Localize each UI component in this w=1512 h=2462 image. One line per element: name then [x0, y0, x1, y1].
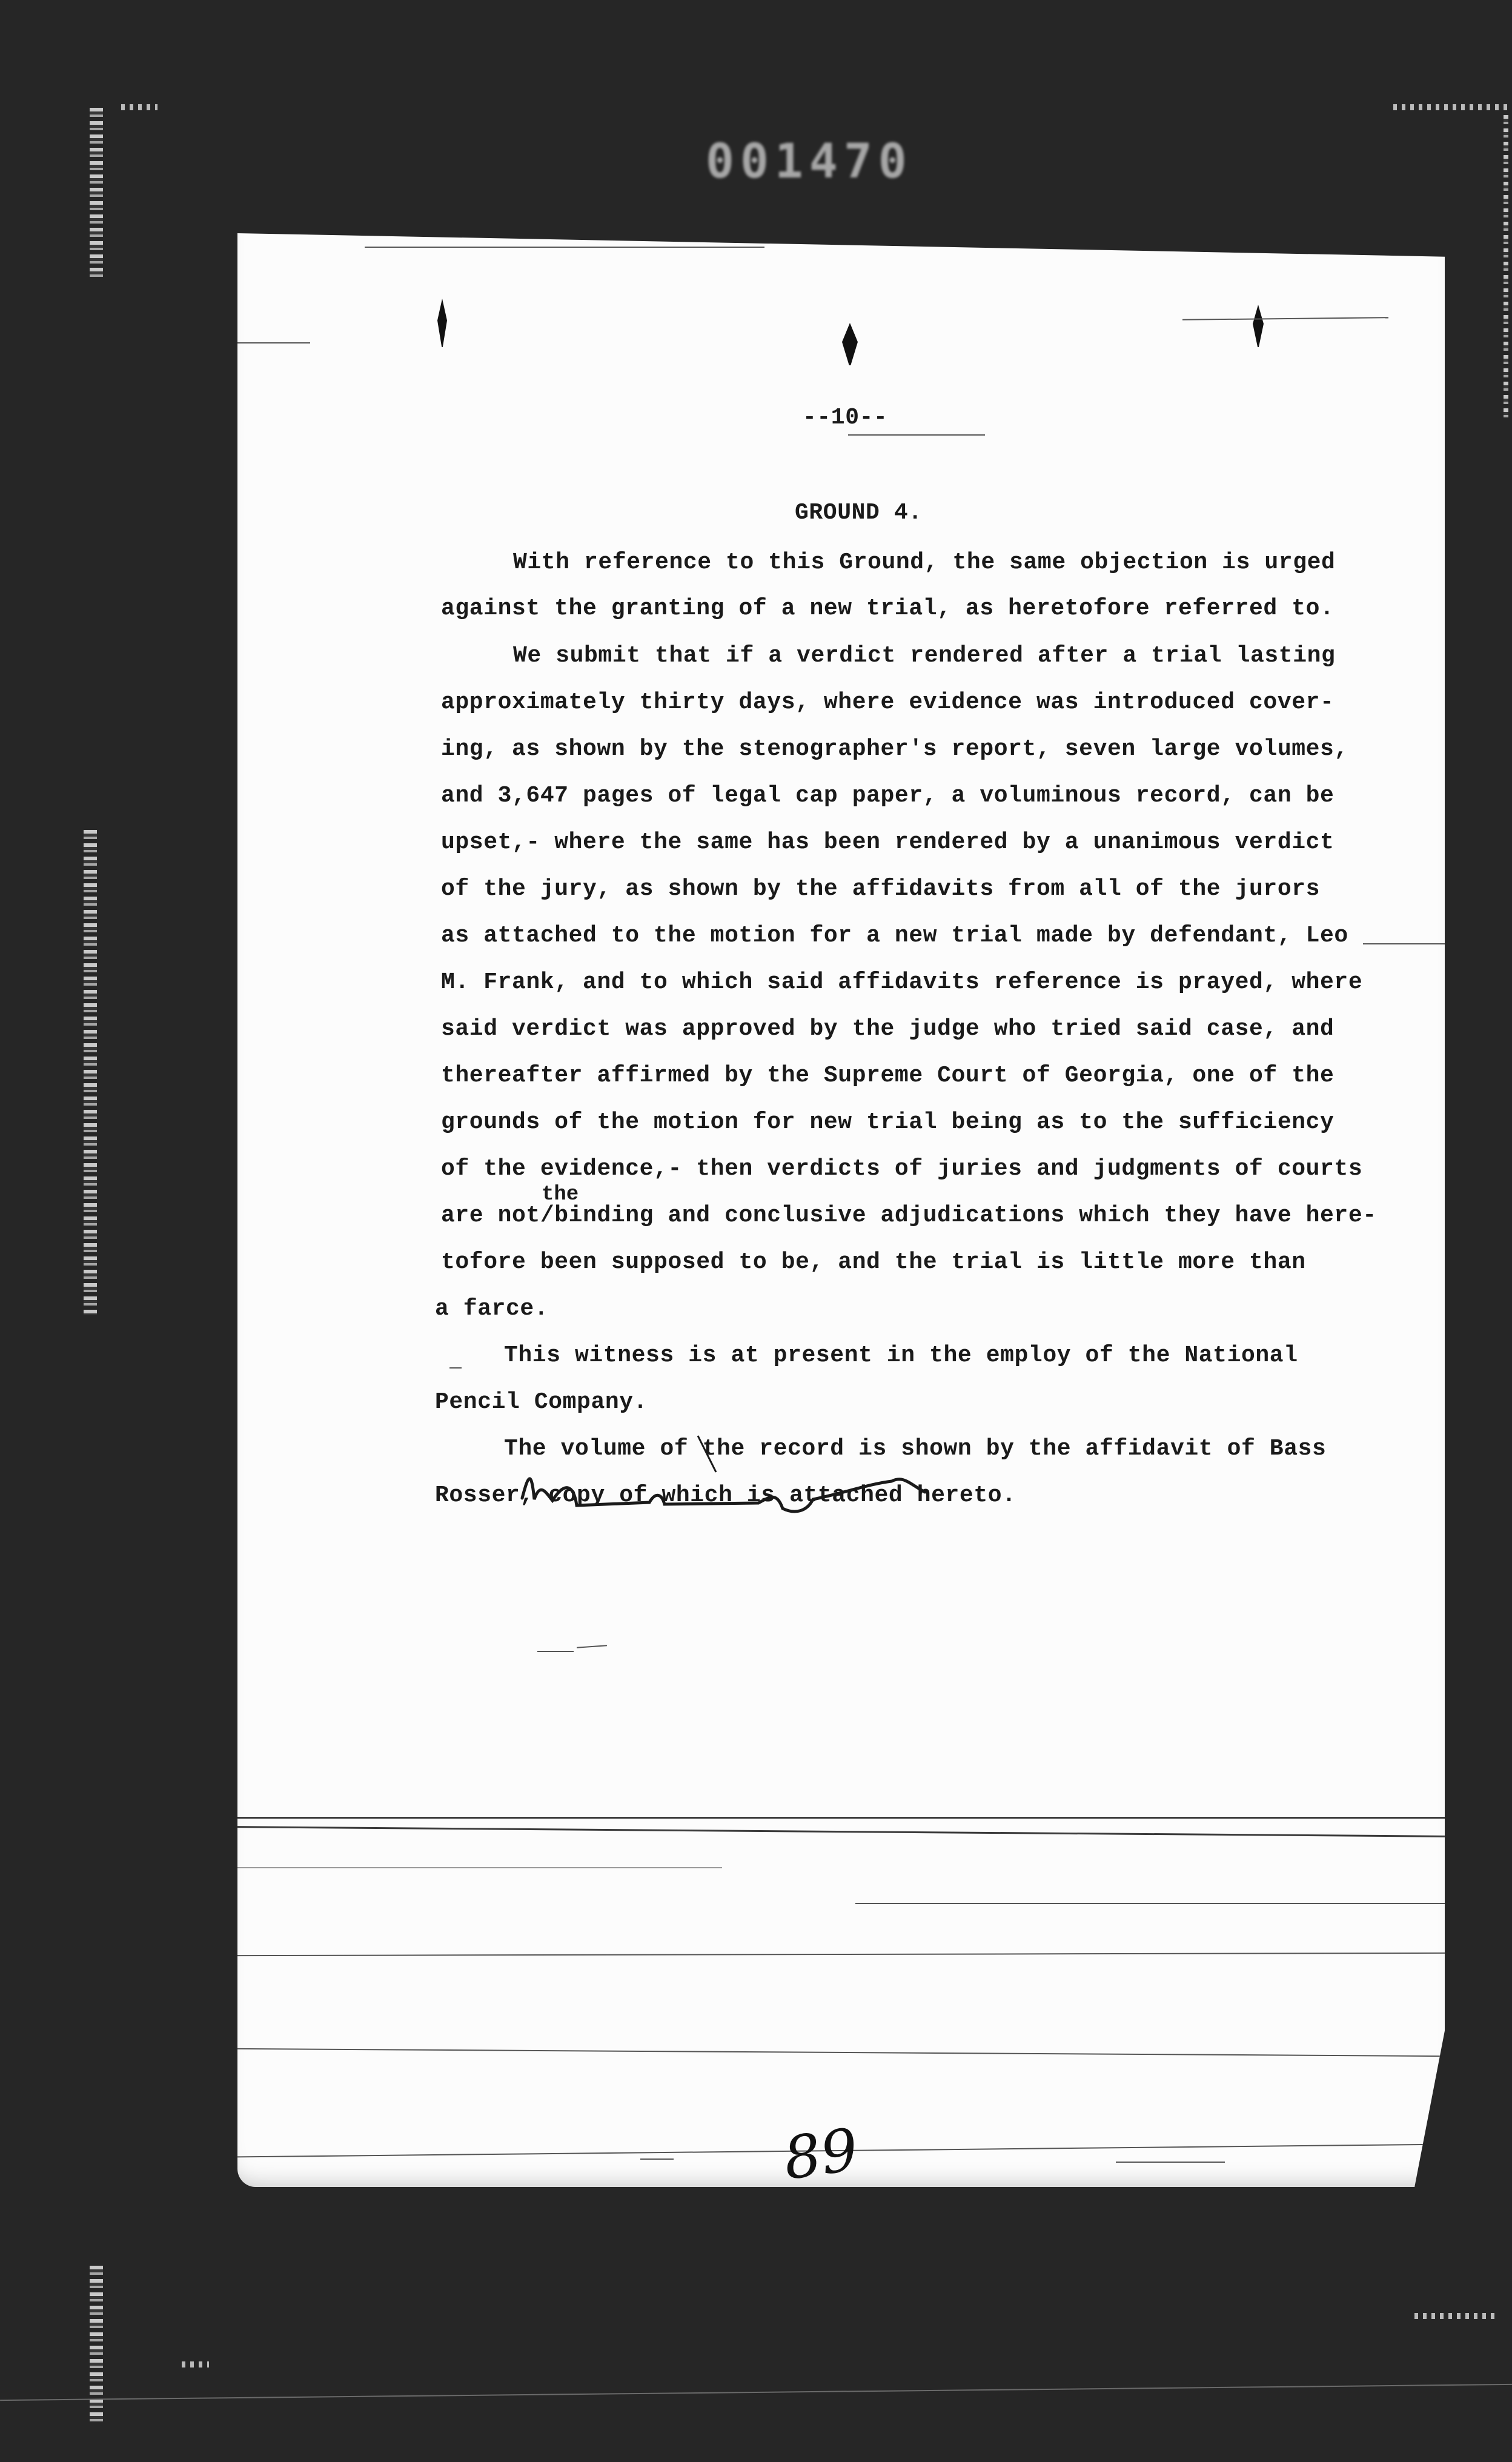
top-edge-rule	[365, 247, 764, 248]
ruled-line-short	[1116, 2162, 1225, 2163]
margin-rule-right-leo	[1363, 943, 1445, 944]
body-line: M. Frank, and to which said affidavits r…	[441, 969, 1362, 995]
top-right-rule	[1182, 317, 1388, 320]
ruled-line	[237, 1817, 1445, 1819]
film-ticks-right	[1393, 104, 1508, 110]
body-line: ing, as shown by the stenographer's repo…	[441, 736, 1348, 762]
film-ticks-bottom-left	[182, 2361, 209, 2367]
ruled-line	[855, 1903, 1445, 1904]
body-line: Pencil Company.	[435, 1389, 648, 1415]
ruled-line-short	[640, 2158, 674, 2160]
body-line: as attached to the motion for a new tria…	[441, 923, 1348, 949]
body-line: of the jury, as shown by the affidavits …	[441, 876, 1320, 902]
ruled-line	[237, 1826, 1445, 1837]
film-scratch-line	[0, 2384, 1512, 2401]
section-heading: GROUND 4.	[795, 500, 923, 526]
top-left-margin-rule	[237, 342, 310, 343]
body-line: With reference to this Ground, the same …	[513, 549, 1335, 576]
body-line: This witness is at present in the employ…	[504, 1342, 1298, 1369]
body-line: and 3,647 pages of legal cap paper, a vo…	[441, 783, 1334, 809]
body-line: said verdict was approved by the judge w…	[441, 1016, 1334, 1042]
ruled-line	[237, 1953, 1445, 1956]
stray-mark	[537, 1651, 574, 1652]
body-line: upset,- where the same has been rendered…	[441, 829, 1334, 855]
body-line: thereafter affirmed by the Supreme Court…	[441, 1063, 1334, 1089]
ruled-line-faint	[237, 1867, 722, 1868]
body-line: The volume of the record is shown by the…	[504, 1436, 1326, 1462]
film-edge-strip-left-top	[90, 108, 103, 277]
film-ticks-bottom-right	[1414, 2313, 1499, 2319]
body-line: tofore been supposed to be, and the tria…	[441, 1249, 1306, 1275]
document-page: --10-- GROUND 4. With reference to this …	[237, 233, 1445, 2187]
microfilm-frame-number: 001470	[706, 134, 913, 189]
punch-mark-left	[437, 299, 447, 347]
film-edge-strip-left-mid	[84, 830, 97, 1315]
punch-mark-center	[842, 323, 858, 365]
body-line-with-strikethrough: Rosser, copy of which is attached hereto…	[435, 1482, 1016, 1508]
body-line: against the granting of a new trial, as …	[441, 596, 1334, 622]
margin-dash-left	[449, 1367, 462, 1369]
body-line: are not/binding and conclusive adjudicat…	[441, 1203, 1377, 1229]
body-line: grounds of the motion for new trial bein…	[441, 1109, 1334, 1135]
film-ticks-left	[121, 104, 157, 110]
body-line: approximately thirty days, where evidenc…	[441, 689, 1334, 715]
ruled-line	[237, 2048, 1445, 2057]
stray-mark	[577, 1645, 607, 1648]
handwritten-page-number: 89	[780, 2115, 863, 2193]
body-line: We submit that if a verdict rendered aft…	[513, 643, 1335, 669]
page-header-number: --10--	[803, 405, 887, 431]
body-line: a farce.	[435, 1296, 548, 1322]
punch-mark-right	[1253, 305, 1264, 347]
page-header-underline	[848, 434, 985, 436]
body-line: of the evidence,- then verdicts of jurie…	[441, 1156, 1362, 1182]
film-edge-strip-right	[1504, 115, 1508, 418]
